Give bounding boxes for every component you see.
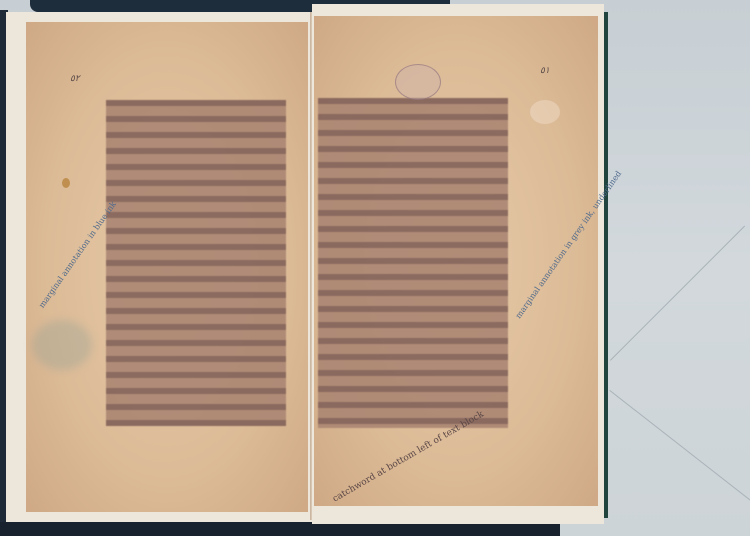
book-cover-right-edge	[604, 12, 608, 518]
book-cover-bottom	[0, 522, 560, 536]
ink-stain	[62, 178, 70, 188]
water-stain	[530, 100, 560, 124]
faded-mark	[32, 320, 92, 370]
left-folio-number: ٥٢	[70, 74, 80, 84]
left-page-text-block	[106, 100, 286, 426]
right-folio-number: ٥١	[540, 66, 550, 76]
right-page-text-block	[318, 98, 508, 428]
library-seal-stamp	[395, 64, 441, 100]
